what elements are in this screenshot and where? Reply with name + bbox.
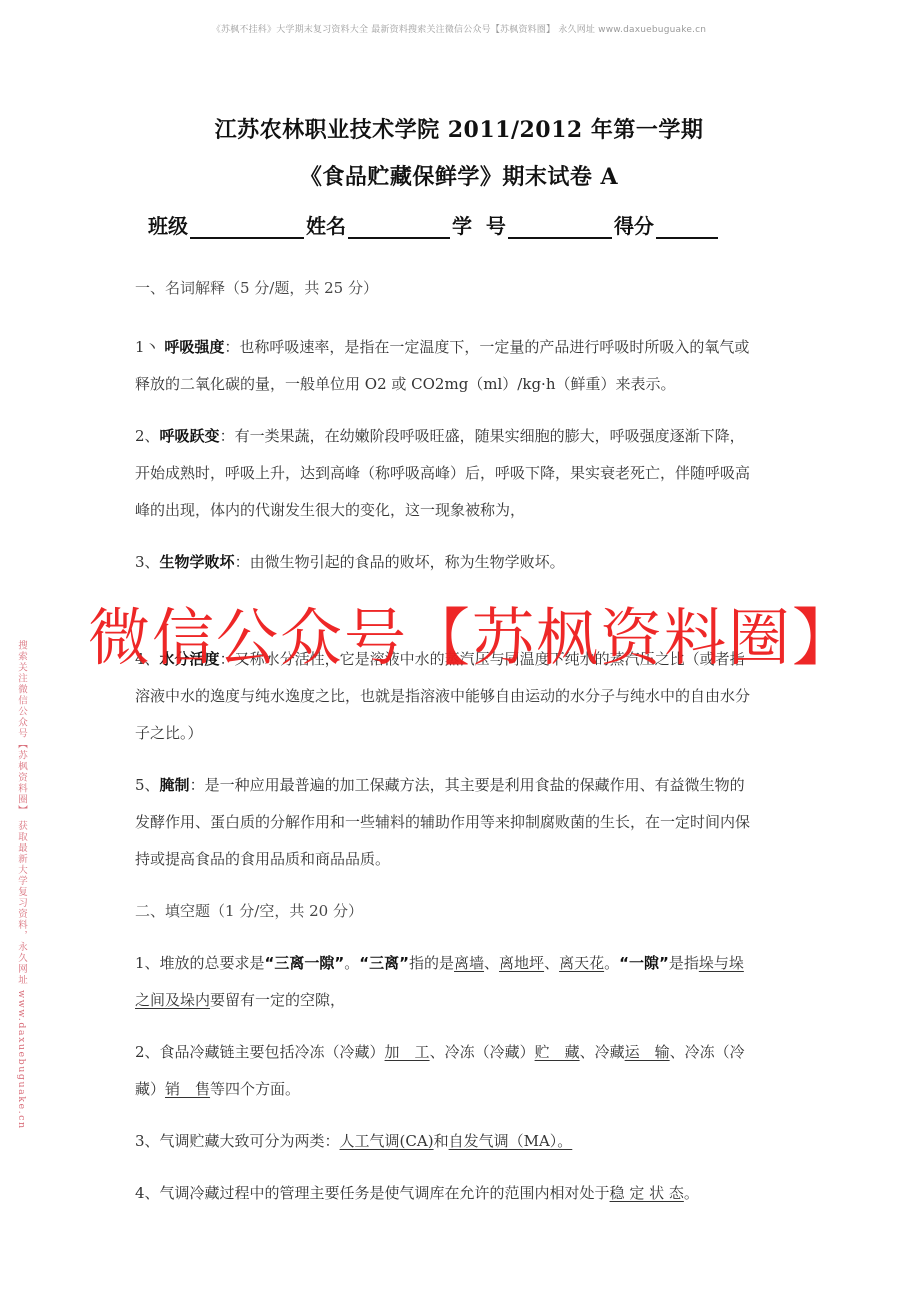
term: 腌制 bbox=[160, 776, 190, 794]
question-text: 、冷冻（冷藏） bbox=[430, 1043, 535, 1061]
definition-item-1: 1丶 呼吸强度：也称呼吸速率，是指在一定温度下，一定量的产品进行呼吸时所吸入的氧… bbox=[135, 329, 755, 403]
overlay-watermark: 微信公众号【苏枫资料圈】 bbox=[88, 598, 888, 678]
answer-blank: 贮 藏 bbox=[535, 1043, 580, 1061]
side-watermark: 搜索关注微信公众号【苏枫资料圈】 获取最新大学复习资料，永久网址 www.dax… bbox=[14, 640, 28, 1130]
item-number: 3、 bbox=[135, 553, 160, 571]
fill-question-3: 3、气调贮藏大致可分为两类：人工气调(CA)和自发气调（MA）。 bbox=[135, 1123, 755, 1160]
answer-blank: 运 输 bbox=[625, 1043, 670, 1061]
answer-blank: 稳 定 状 态 bbox=[610, 1184, 684, 1202]
score-label: 得分 bbox=[614, 210, 654, 239]
definition-item-5: 5、腌制：是一种应用最普遍的加工保藏方法，其主要是利用食盐的保藏作用、有益微生物… bbox=[135, 767, 755, 878]
question-text: 2、食品冷藏链主要包括冷冻（冷藏） bbox=[135, 1043, 385, 1061]
answer-blank: 加 工 bbox=[385, 1043, 430, 1061]
term: 生物学败坏 bbox=[160, 553, 235, 571]
exam-subtitle: 《食品贮藏保鲜学》期末试卷 A bbox=[0, 160, 918, 191]
source-banner: 《苏枫不挂科》大学期末复习资料大全 最新资料搜索关注微信公众号【苏枫资料圈】 永… bbox=[0, 22, 918, 35]
key-phrase: “一隙” bbox=[619, 954, 669, 972]
question-text: 3、气调贮藏大致可分为两类： bbox=[135, 1132, 340, 1150]
question-text: 和 bbox=[434, 1132, 449, 1150]
answer-blank: 离地坪 bbox=[499, 954, 544, 972]
exam-title: 江苏农林职业技术学院 2011/2012 年第一学期 bbox=[0, 113, 918, 144]
fill-question-4: 4、气调冷藏过程中的管理主要任务是使气调库在允许的范围内相对处于稳 定 状 态。 bbox=[135, 1175, 755, 1212]
question-text: 1、堆放的总要求是 bbox=[135, 954, 265, 972]
term-separator: ： bbox=[220, 427, 235, 445]
definition-item-2: 2、呼吸跃变：有一类果蔬，在幼嫩阶段呼吸旺盛，随果实细胞的膨大，呼吸强度逐渐下降… bbox=[135, 418, 755, 529]
fill-question-1: 1、堆放的总要求是“三离一隙”。“三离”指的是离墙、离地坪、离天花。“一隙”是指… bbox=[135, 945, 755, 1019]
term: 呼吸强度 bbox=[164, 338, 224, 356]
question-text: 、 bbox=[544, 954, 559, 972]
term-separator: ： bbox=[224, 338, 239, 356]
key-phrase: “三离” bbox=[359, 954, 409, 972]
section-1-heading: 一、名词解释（5 分/题，共 25 分） bbox=[135, 270, 755, 307]
item-number: 5、 bbox=[135, 776, 160, 794]
question-text: 要留有一定的空隙， bbox=[210, 991, 345, 1009]
section-2-heading: 二、填空题（1 分/空，共 20 分） bbox=[135, 893, 755, 930]
term-separator: ： bbox=[190, 776, 205, 794]
question-text: 、 bbox=[484, 954, 499, 972]
definition-item-3: 3、生物学败坏：由微生物引起的食品的败坏，称为生物学败坏。 bbox=[135, 544, 755, 581]
term: 呼吸跃变 bbox=[160, 427, 220, 445]
student-id-blank bbox=[508, 215, 612, 239]
question-text: 、冷藏 bbox=[580, 1043, 625, 1061]
answer-blank: 销 售 bbox=[165, 1080, 210, 1098]
question-text: 指的是 bbox=[409, 954, 454, 972]
answer-blank: 离天花 bbox=[559, 954, 604, 972]
name-blank bbox=[348, 215, 450, 239]
student-id-label: 学 号 bbox=[452, 210, 506, 239]
question-text: 等四个方面。 bbox=[210, 1080, 300, 1098]
term-separator: ： bbox=[235, 553, 250, 571]
question-text: 4、气调冷藏过程中的管理主要任务是使气调库在允许的范围内相对处于 bbox=[135, 1184, 610, 1202]
fill-question-2: 2、食品冷藏链主要包括冷冻（冷藏）加 工、冷冻（冷藏）贮 藏、冷藏运 输、冷冻（… bbox=[135, 1034, 755, 1108]
definition-text: 由微生物引起的食品的败坏，称为生物学败坏。 bbox=[250, 553, 565, 571]
student-info-line: 班级 姓名 学 号 得分 bbox=[148, 210, 720, 239]
item-number: 1丶 bbox=[135, 338, 164, 356]
score-blank bbox=[656, 215, 718, 239]
question-text: 是指 bbox=[669, 954, 699, 972]
class-label: 班级 bbox=[148, 210, 188, 239]
answer-blank: 人工气调(CA) bbox=[340, 1132, 434, 1150]
name-label: 姓名 bbox=[306, 210, 346, 239]
question-text: 。 bbox=[344, 954, 359, 972]
class-blank bbox=[190, 215, 304, 239]
item-number: 2、 bbox=[135, 427, 160, 445]
question-text: 。 bbox=[604, 954, 619, 972]
answer-blank: 自发气调（MA）。 bbox=[449, 1132, 573, 1150]
answer-blank: 离墙 bbox=[454, 954, 484, 972]
question-text: 。 bbox=[684, 1184, 699, 1202]
key-phrase: “三离一隙” bbox=[265, 954, 345, 972]
definition-text: 是一种应用最普遍的加工保藏方法，其主要是利用食盐的保藏作用、有益微生物的发酵作用… bbox=[135, 776, 750, 868]
exam-content: 一、名词解释（5 分/题，共 25 分） 1丶 呼吸强度：也称呼吸速率，是指在一… bbox=[135, 270, 755, 1212]
